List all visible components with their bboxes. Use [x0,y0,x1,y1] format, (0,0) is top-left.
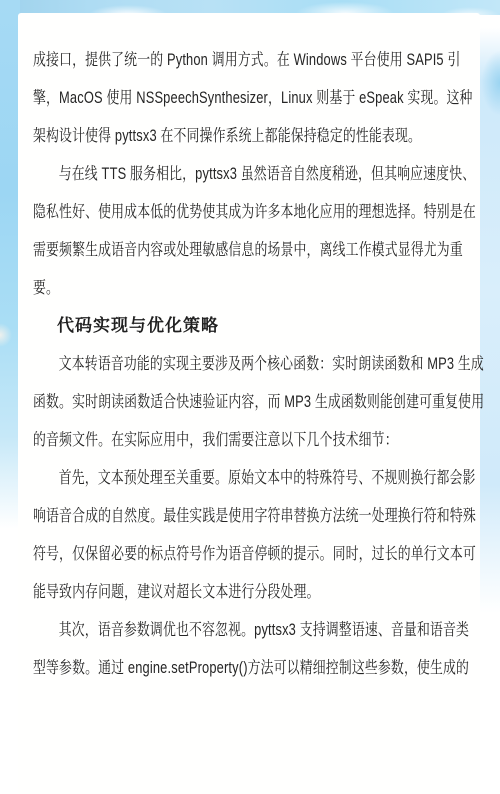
text-line: 要。 [33,269,377,307]
text-line: 文本转语音功能的实现主要涉及两个核心函数：实时朗读函数和 MP3 生成 [33,345,377,383]
text-line: 其次，语音参数调优也不容忽视。pyttsx3 支持调整语速、音量和语音类 [33,611,377,649]
watercolor-right-strip [478,28,500,613]
text-line: 能导致内存问题，建议对超长文本进行分段处理。 [33,573,377,611]
text-line: 与在线 TTS 服务相比，pyttsx3 虽然语音自然度稍逊，但其响应速度快、 [33,155,377,193]
text-line: 隐私性好、使用成本低的优势使其成为许多本地化应用的理想选择。特别是在 [33,193,377,231]
text-line: 响语音合成的自然度。最佳实践是使用字符串替换方法统一处理换行符和特殊 [33,497,377,535]
article-page: { "page": { "background_color": "#ffffff… [0,0,500,794]
text-line: 的音频文件。在实际应用中，我们需要注意以下几个技术细节： [33,421,377,459]
text-line: 首先，文本预处理至关重要。原始文本中的特殊符号、不规则换行都会影 [33,459,377,497]
text-line: 成接口，提供了统一的 Python 调用方式。在 Windows 平台使用 SA… [33,41,377,79]
article-body: 成接口，提供了统一的 Python 调用方式。在 Windows 平台使用 SA… [33,41,474,687]
article-sheet: 成接口，提供了统一的 Python 调用方式。在 Windows 平台使用 SA… [18,13,480,794]
text-line: 型等参数。通过 engine.setProperty()方法可以精细控制这些参数… [33,649,377,687]
text-line: 擎，MacOS 使用 NSSpeechSynthesizer，Linux 则基于… [33,79,377,117]
text-line: 函数。实时朗读函数适合快速验证内容，而 MP3 生成函数则能创建可重复使用 [33,383,377,421]
text-line: 架构设计使得 pyttsx3 在不同操作系统上都能保持稳定的性能表现。 [33,117,377,155]
watercolor-left-strip [0,0,20,545]
section-heading: 代码实现与优化策略 [33,307,474,345]
text-line: 符号，仅保留必要的标点符号作为语音停顿的提示。同时，过长的单行文本可 [33,535,377,573]
text-line: 需要频繁生成语音内容或处理敏感信息的场景中，离线工作模式显得尤为重 [33,231,377,269]
